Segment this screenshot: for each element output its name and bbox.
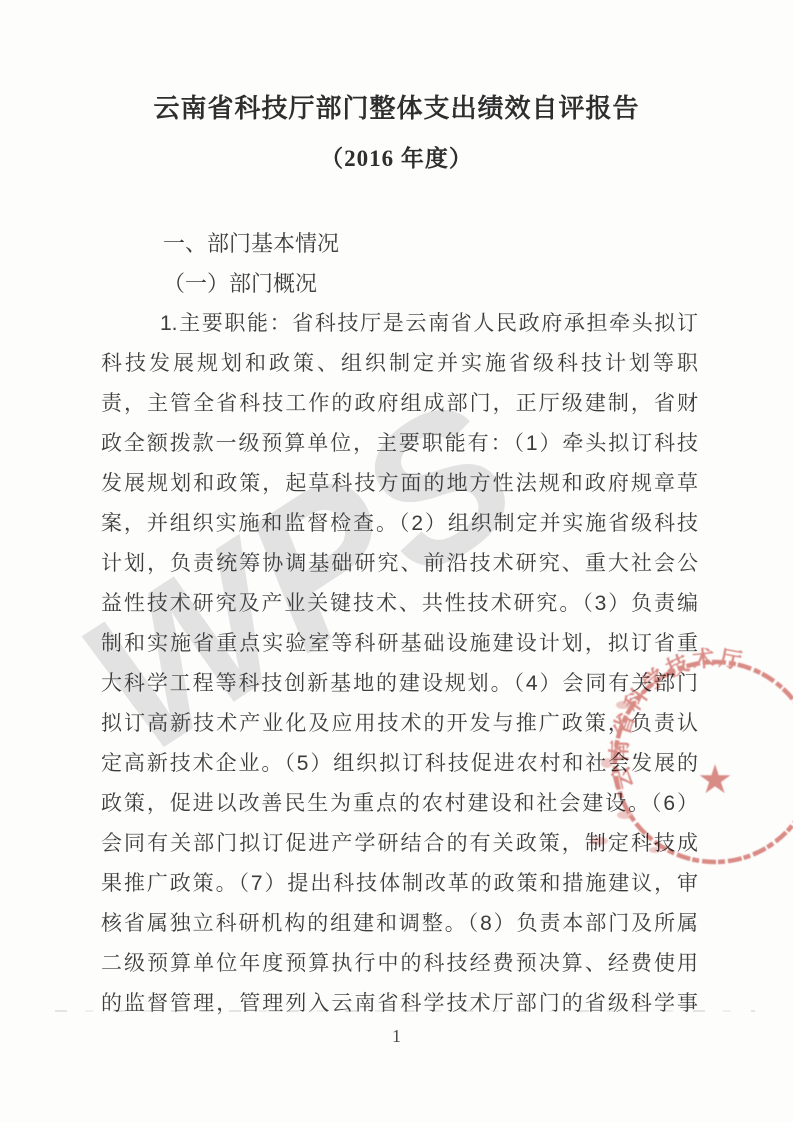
body-line: 的监督管理，管理列入云南省科学技术厅部门的省级科学事 (101, 984, 698, 1024)
scanned-document-page: WPS 云南省科技厅部门整体支出绩效自评报告 （2016 年度） 一、部门基本情… (0, 0, 793, 1123)
body-line: 责，主管全省科技工作的政府组成部门，正厅级建制，省财 (101, 384, 698, 424)
document-title: 云南省科技厅部门整体支出绩效自评报告 (0, 88, 793, 125)
official-seal: 云南省科学技术厅 ★ (585, 645, 793, 885)
body-line: 科技发展规划和政策、组织制定并实施省级科技计划等职 (101, 344, 698, 384)
body-line: 案，并组织实施和监督检查。（2）组织制定并实施省级科技 (101, 504, 698, 544)
body-line: 核省属独立科研机构的组建和调整。（8）负责本部门及所属 (101, 904, 698, 944)
body-line: 1.主要职能：省科技厅是云南省人民政府承担牵头拟订 (101, 304, 698, 344)
body-line: 发展规划和政策，起草科技方面的地方性法规和政府规章草 (101, 464, 698, 504)
body-line: 二级预算单位年度预算执行中的科技经费预决算、经费使用 (101, 944, 698, 984)
document-subtitle-year: （2016 年度） (0, 140, 793, 173)
page-number: 1 (0, 1026, 793, 1047)
body-line: 益性技术研究及产业关键技术、共性技术研究。（3）负责编 (101, 584, 698, 624)
document-body: 一、部门基本情况 （一）部门概况 1.主要职能：省科技厅是云南省人民政府承担牵头… (101, 224, 698, 1024)
body-line: 计划，负责统筹协调基础研究、前沿技术研究、重大社会公 (101, 544, 698, 584)
seal-star-icon: ★ (697, 758, 733, 802)
section-heading: 一、部门基本情况 (101, 224, 698, 264)
body-line: 政全额拨款一级预算单位，主要职能有：（1）牵头拟订科技 (101, 424, 698, 464)
subsection-heading: （一）部门概况 (101, 264, 698, 304)
